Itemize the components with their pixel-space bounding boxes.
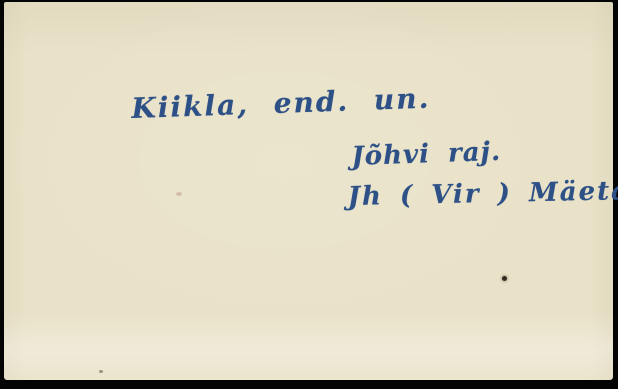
handwritten-line-place-name: Kiikla, end. un. xyxy=(131,82,431,125)
paper-speck xyxy=(502,276,507,281)
scanned-index-card-photo: Kiikla, end. un. Jõhvi raj. Jh ( Vir ) M… xyxy=(0,0,618,389)
handwritten-line-district: Jõhvi raj. xyxy=(351,137,502,172)
paper-speck xyxy=(99,370,103,373)
paper-smudge xyxy=(176,192,182,196)
index-card: Kiikla, end. un. Jõhvi raj. Jh ( Vir ) M… xyxy=(4,2,613,380)
handwritten-line-parish: Jh ( Vir ) Mäetaguse xyxy=(347,174,618,212)
